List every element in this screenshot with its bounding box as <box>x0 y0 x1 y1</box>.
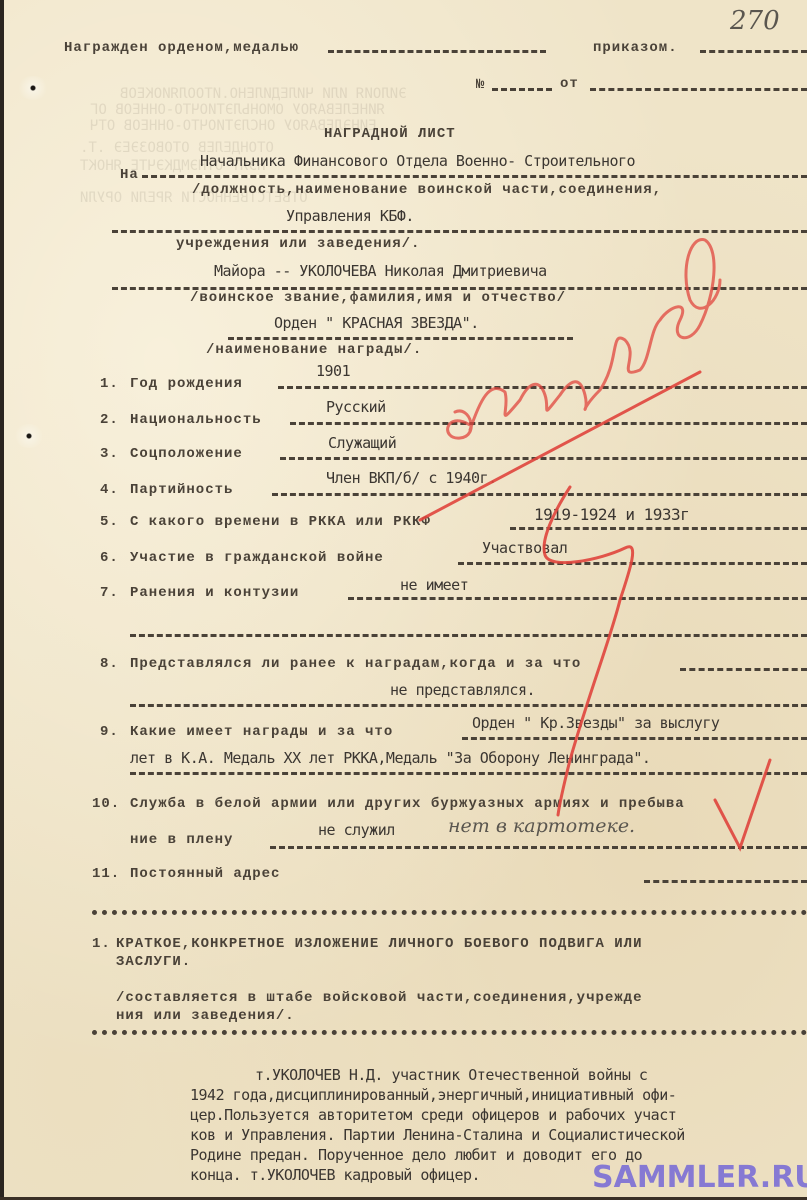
field-number: 5. <box>100 514 119 530</box>
document-title: НАГРАДНОЙ ЛИСТ <box>324 126 456 142</box>
from-label: от <box>560 76 579 92</box>
punch-hole <box>14 424 44 448</box>
field-number: 1. <box>100 376 119 392</box>
dashed-line <box>348 597 807 600</box>
section-hint-continued: ния или заведения/. <box>116 1008 295 1024</box>
field-number: 9. <box>100 724 119 740</box>
number-label: № <box>476 77 485 93</box>
field-number: 6. <box>100 550 119 566</box>
dashed-line <box>112 230 807 233</box>
position-hint-2: учреждения или заведения/. <box>176 236 420 252</box>
narrative-line: Родине предан. Порученное дело любит и д… <box>190 1146 642 1164</box>
dashed-line <box>462 737 807 740</box>
field-label: Партийность <box>130 482 233 498</box>
field-value: 1901 <box>316 362 350 380</box>
nominee-prefix: На <box>120 167 139 183</box>
scan-edge <box>0 0 4 1200</box>
dashed-line <box>700 50 807 53</box>
handwritten-note: нет в картотеке. <box>448 815 635 837</box>
field-label: Служба в белой армии или других буржуазн… <box>130 796 685 812</box>
field-value: 1919-1924 и 1933г <box>534 505 689 524</box>
dashed-line <box>328 50 546 53</box>
section-number: 1. <box>92 936 111 952</box>
field-value: Орден " Кр.Звезды" за выслугу <box>472 714 719 732</box>
field-label: Национальность <box>130 412 262 428</box>
name-hint: /воинское звание,фамилия,имя и отчество/ <box>190 290 566 306</box>
position-line-2: Управления КБФ. <box>286 207 414 225</box>
field-value: Служащий <box>328 434 396 452</box>
dotted-separator <box>92 1030 807 1035</box>
award-name: Орден " КРАСНАЯ ЗВЕЗДА". <box>274 314 479 332</box>
field-label-continued: ние в плену <box>130 832 233 848</box>
field-value: Русский <box>326 398 386 416</box>
dashed-line <box>278 386 807 389</box>
field-label: Какие имеет награды и за что <box>130 724 393 740</box>
award-sheet-page: ЭИЛОИЯ ИЛИ ЧИЛЕДИЛЕНО.ИТООЛЯИОКЕОВ ЯИНЕЛ… <box>0 0 807 1200</box>
dashed-line <box>270 846 807 849</box>
dashed-line <box>130 634 807 637</box>
section-title: КРАТКОЕ,КОНКРЕТНОЕ ИЗЛОЖЕНИЕ ЛИЧНОГО БОЕ… <box>116 936 642 952</box>
section-title-continued: ЗАСЛУГИ. <box>116 954 191 970</box>
dashed-line <box>680 668 807 671</box>
dashed-line <box>142 175 807 178</box>
field-number: 8. <box>100 656 119 672</box>
awarded-label: Награжден орденом,медалью <box>64 40 299 56</box>
bleed-through-text: ЭИЛОИЯ ИЛИ ЧИЛЕДИЛЕНО.ИТООЛЯИОКЕОВ <box>120 86 407 102</box>
field-label: Участие в гражданской войне <box>130 550 384 566</box>
field-value: не имеет <box>400 576 468 594</box>
page-number: 270 <box>730 6 780 36</box>
narrative-line: т.УКОЛОЧЕВ Н.Д. участник Отечественной в… <box>255 1066 647 1084</box>
field-number: 2. <box>100 412 119 428</box>
field-label: С какого времени в РККА или РККФ <box>130 514 431 530</box>
field-label: Ранения и контузии <box>130 585 299 601</box>
dashed-line <box>590 88 807 91</box>
narrative-line: конца. т.УКОЛОЧЕВ кадровый офицер. <box>190 1166 480 1184</box>
award-hint: /наименование награды/. <box>206 342 422 358</box>
dashed-line <box>510 527 807 530</box>
position-line-1: Начальника Финансового Отдела Военно- Ст… <box>200 152 635 170</box>
dashed-line <box>228 337 573 340</box>
field-value: Участвовал <box>482 539 567 557</box>
field-label: Представлялся ли ранее к наградам,когда … <box>130 656 581 672</box>
punch-hole <box>18 76 48 100</box>
narrative-line: 1942 года,дисциплинированный,энергичный,… <box>190 1086 676 1104</box>
bleed-through-text: ЯИНЕЛЕВАЯОУ ОМОНЬЛЭТИОЧТО-ОННЕОВ ОГ <box>90 102 385 118</box>
dashed-line <box>130 772 807 775</box>
narrative-line: цер.Пользуется авторитетом среди офицеро… <box>190 1106 676 1124</box>
section-hint: /составляется в штабе войсковой части,со… <box>116 990 642 1006</box>
dashed-line <box>280 457 807 460</box>
dashed-line <box>492 88 552 91</box>
field-label: Соцположение <box>130 446 243 462</box>
field-value-continued: лет в К.А. Медаль XX лет РККА,Медаль "За… <box>130 749 650 767</box>
dashed-line <box>458 562 807 565</box>
dashed-line <box>130 704 807 707</box>
field-value: не служил <box>318 821 395 839</box>
field-number: 11. <box>92 866 120 882</box>
dotted-separator <box>92 910 807 915</box>
nominee-name: Майора -- УКОЛОЧЕВА Николая Дмитриевича <box>214 262 547 280</box>
position-hint: /должность,наименование воинской части,с… <box>192 182 662 198</box>
field-number: 3. <box>100 446 119 462</box>
dashed-line <box>644 880 807 883</box>
field-number: 4. <box>100 482 119 498</box>
field-label: Постоянный адрес <box>130 866 280 882</box>
field-value: не представлялся. <box>390 681 535 699</box>
dashed-line <box>290 422 807 425</box>
watermark: SAMMLER.RU <box>592 1160 807 1195</box>
field-number: 10. <box>92 796 120 812</box>
dashed-line <box>272 493 807 496</box>
order-label: приказом. <box>593 40 678 56</box>
field-value: Член ВКП/б/ с 1940г. <box>326 469 497 487</box>
field-label: Год рождения <box>130 376 243 392</box>
field-number: 7. <box>100 585 119 601</box>
narrative-line: ков и Управления. Партии Ленина-Сталина … <box>190 1126 685 1144</box>
